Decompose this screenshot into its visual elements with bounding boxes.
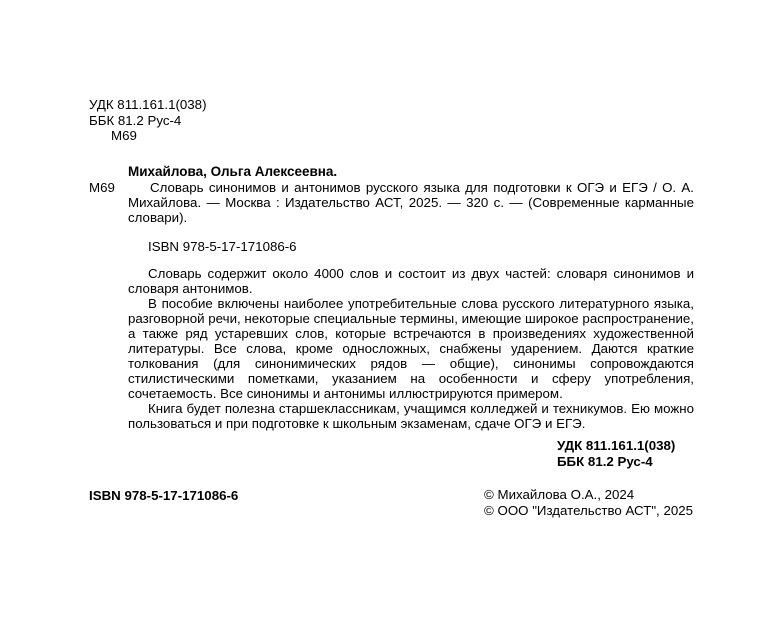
author-mark: М69 [89, 128, 207, 144]
abstract-paragraph: В пособие включены наиболее употребитель… [128, 296, 694, 401]
abstract: Словарь содержит около 4000 слов и состо… [128, 266, 694, 431]
udk-code: УДК 811.161.1(038) [89, 97, 207, 113]
isbn-entry: ISBN 978-5-17-171086-6 [148, 239, 297, 254]
abstract-paragraph: Книга будет полезна старшеклассникам, уч… [128, 401, 694, 431]
isbn-footer: ISBN 978-5-17-171086-6 [89, 488, 238, 503]
bibliographic-description: Словарь синонимов и антонимов русского я… [128, 180, 694, 225]
udk-code-bottom: УДК 811.161.1(038) [557, 438, 675, 454]
copyright-publisher: © ООО "Издательство АСТ", 2025 [484, 503, 693, 519]
bbk-code: ББК 81.2 Рус-4 [89, 113, 207, 129]
classification-block-bottom: УДК 811.161.1(038) ББК 81.2 Рус-4 [557, 438, 675, 469]
copyright-author: © Михайлова О.А., 2024 [484, 487, 693, 503]
copyright-block: © Михайлова О.А., 2024 © ООО "Издательст… [484, 487, 693, 518]
author-mark-left: М69 [89, 180, 115, 195]
author-heading: Михайлова, Ольга Алексеевна. [128, 164, 337, 179]
classification-block-top: УДК 811.161.1(038) ББК 81.2 Рус-4 М69 [89, 97, 207, 144]
abstract-paragraph: Словарь содержит около 4000 слов и состо… [128, 266, 694, 296]
bibliographic-text: Словарь синонимов и антонимов русского я… [128, 180, 694, 225]
bbk-code-bottom: ББК 81.2 Рус-4 [557, 454, 675, 470]
